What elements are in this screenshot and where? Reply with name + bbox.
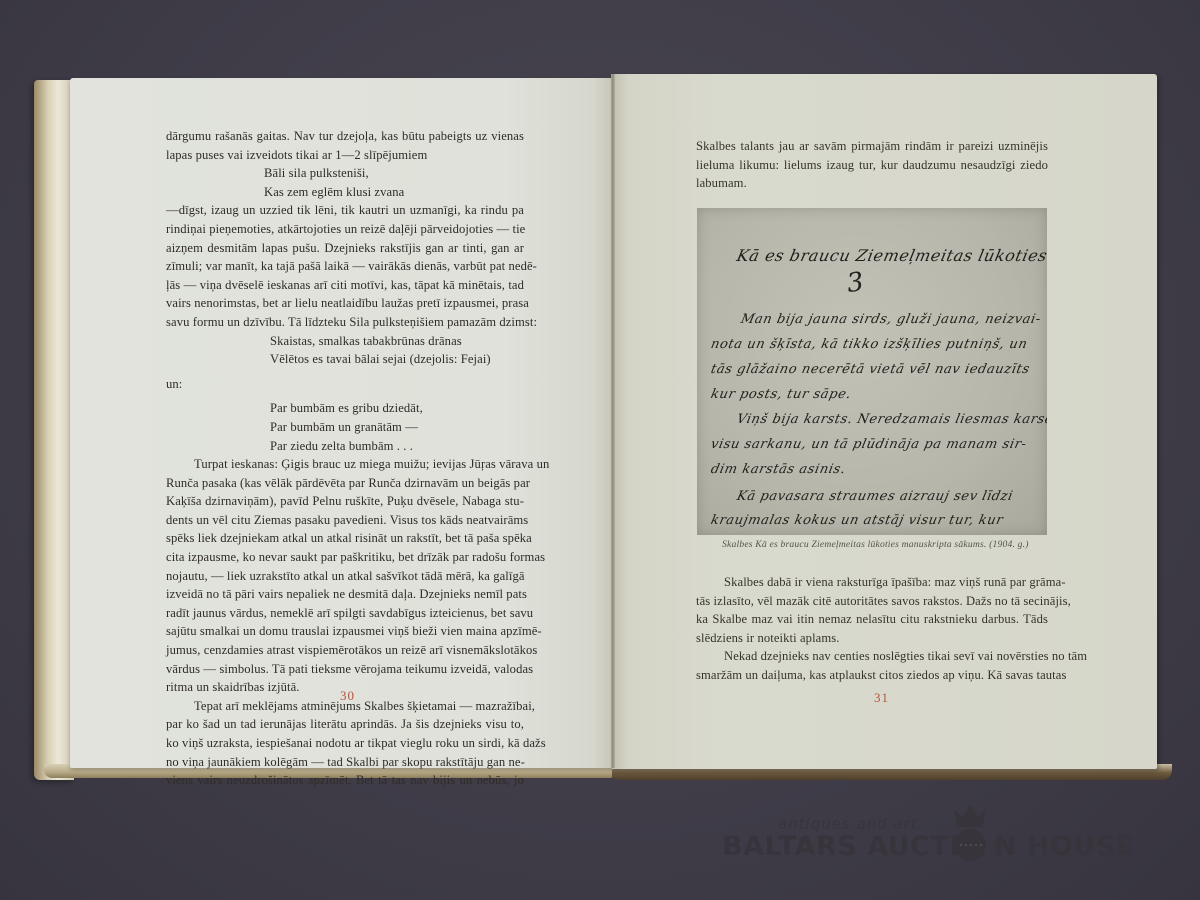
manuscript-line: Viņš bija karsts. Neredzamais liesmas ka… bbox=[735, 412, 1047, 427]
manuscript-line: dim karstās asinis. bbox=[709, 462, 847, 477]
text-line: spēks liek dzejniekam atkal un atkal ris… bbox=[166, 529, 524, 548]
text-line: viens vairs neuzdrošinātos apzīmēt. Bet … bbox=[166, 771, 524, 790]
text-line: zīmuli; var manīt, ka tajā pašā laikā — … bbox=[166, 257, 524, 276]
text-line: dārgumu rašanās gaitas. Nav tur dzejoļa,… bbox=[166, 127, 524, 146]
text-line: slēdziens ir noteikti aplams. bbox=[696, 629, 1048, 648]
page-number-right: 31 bbox=[874, 690, 889, 706]
text-line: izveidā no tā pāri vairs nepaliek ne des… bbox=[166, 585, 524, 604]
manuscript-line: Man bija jauna sirds, gluži jauna, neizv… bbox=[739, 312, 1042, 327]
manuscript-line: tās glāžaino necerētā vietā vēl nav ieda… bbox=[709, 362, 1031, 377]
verse-line: Skaistas, smalkas tabakbrūnas drānas bbox=[166, 332, 524, 351]
text-line: Skalbes talants jau ar savām pirmajām ri… bbox=[696, 137, 1048, 156]
right-page-text: Skalbes dabā ir viena raksturīga īpašība… bbox=[696, 573, 1048, 685]
verse-line: Vēlētos es tavai bālai sejai (dzejolis: … bbox=[166, 350, 524, 369]
page-number-left: 30 bbox=[340, 688, 355, 704]
text-line: jumus, cenzdamies atrast vispiemērotākos… bbox=[166, 641, 524, 660]
verse-line: Bāli sila pulksteniši, bbox=[166, 164, 524, 183]
figure-caption: Skalbes Kā es braucu Ziemeļmeitas lūkoti… bbox=[722, 539, 1029, 550]
text-line: vairs nenorimstas, bet ar lielu neatlaid… bbox=[166, 294, 524, 313]
verse-line: Par bumbām es gribu dziedāt, bbox=[166, 399, 524, 418]
auction-house-watermark: antiques and art BALTARS AUCTIN HOUSE bbox=[722, 805, 1142, 865]
text-line: rindiņai pieņemoties, atkārtojoties un r… bbox=[166, 220, 524, 239]
verse-line: Par ziedu zelta bumbām . . . bbox=[166, 437, 524, 456]
text-line: par ko šad un tad ierunājas literātu apr… bbox=[166, 715, 524, 734]
manuscript-line: kur posts, tur sāpe. bbox=[709, 387, 852, 402]
label-un: un: bbox=[166, 375, 524, 394]
text-line: vārdus — simbolus. Tā pati tieksme vēroj… bbox=[166, 660, 524, 679]
text-line: Kaķīša dzirnaviņām), pavīd Pelnu ruškīte… bbox=[166, 492, 524, 511]
text-line: Runča pasaka (kas vēlāk pārdēvēta par Ru… bbox=[166, 474, 524, 493]
manuscript-line: Kā pavasara straumes aizrauj sev līdzi bbox=[735, 489, 1014, 504]
text-line: Nekad dzejnieks nav centies noslēgties t… bbox=[696, 647, 1048, 666]
text-line: Turpat ieskanas: Ģigis brauc uz miega mu… bbox=[166, 455, 524, 474]
text-line: aizņem desmitām lapas pušu. Dzejnieks ra… bbox=[166, 239, 524, 258]
text-line: labumam. bbox=[696, 174, 1048, 193]
text-line: —dīgst, izaug un uzzied tik lēni, tik ka… bbox=[166, 201, 524, 220]
text-line: radīt jaunus vārdus, nemeklē arī spilgti… bbox=[166, 604, 524, 623]
text-line: tās izlasīto, vēl mazāk citē autoritātes… bbox=[696, 592, 1048, 611]
text-line: ļās — viņa dvēselē ieskanas arī citi mot… bbox=[166, 276, 524, 295]
book-left-edge bbox=[34, 80, 74, 780]
text-line: savu formu un dzīvību. Tā līdzteku Sila … bbox=[166, 313, 524, 332]
text-line: dents un vēl citu Ziemas pasaku pavedien… bbox=[166, 511, 524, 530]
text-line: no viņa jaunākiem kolēgām — tad Skalbi p… bbox=[166, 753, 524, 772]
watermark-name-start: BALTARS AUCTI bbox=[722, 831, 960, 862]
watermark-name: BALTARS AUCTIN HOUSE bbox=[722, 831, 1135, 862]
text-line: ko viņš uzraksta, iespiešanai nodotu ar … bbox=[166, 734, 524, 753]
text-line: ka Skalbe maz vai itin nemaz nelasītu ci… bbox=[696, 610, 1048, 629]
text-line: nojautu, — liek uzrakstīto atkal un atka… bbox=[166, 567, 524, 586]
right-page-intro: Skalbes talants jau ar savām pirmajām ri… bbox=[696, 137, 1048, 193]
manuscript-title: Kā es braucu Ziemeļmeitas lūkoties. bbox=[735, 246, 1047, 265]
text-line: lieluma likumu: lielums izaug tur, kur d… bbox=[696, 156, 1048, 175]
text-line: smaržām un daiļuma, kas atplaukst citos … bbox=[696, 666, 1048, 685]
verse-line: Kas zem eglēm klusi zvana bbox=[166, 183, 524, 202]
text-line: cita izpausme, ko nevar saukt par paškri… bbox=[166, 548, 524, 567]
manuscript-numeral: 3 bbox=[845, 267, 866, 299]
text-line: sajūtu smalkai un domu trauslai izpausme… bbox=[166, 622, 524, 641]
manuscript-line: nota un šķīsta, kā tikko izšķīlies putni… bbox=[709, 337, 1028, 352]
text-line: lapas puses vai izveidots tikai ar 1—2 s… bbox=[166, 146, 524, 165]
crown-ball-icon bbox=[950, 805, 990, 863]
book-gutter bbox=[611, 74, 615, 768]
verse-line: Par bumbām un granātām — bbox=[166, 418, 524, 437]
text-line: Skalbes dabā ir viena raksturīga īpašība… bbox=[696, 573, 1048, 592]
open-book: dārgumu rašanās gaitas. Nav tur dzejoļa,… bbox=[0, 0, 1200, 900]
manuscript-facsimile: Kā es braucu Ziemeļmeitas lūkoties. 3 Ma… bbox=[697, 208, 1047, 535]
manuscript-line: kraujmalas kokus un atstāj visur tur, ku… bbox=[709, 513, 1004, 528]
manuscript-line: visu sarkanu, un tā plūdināja pa manam s… bbox=[709, 437, 1028, 452]
watermark-name-end: N HOUSE bbox=[994, 831, 1135, 862]
